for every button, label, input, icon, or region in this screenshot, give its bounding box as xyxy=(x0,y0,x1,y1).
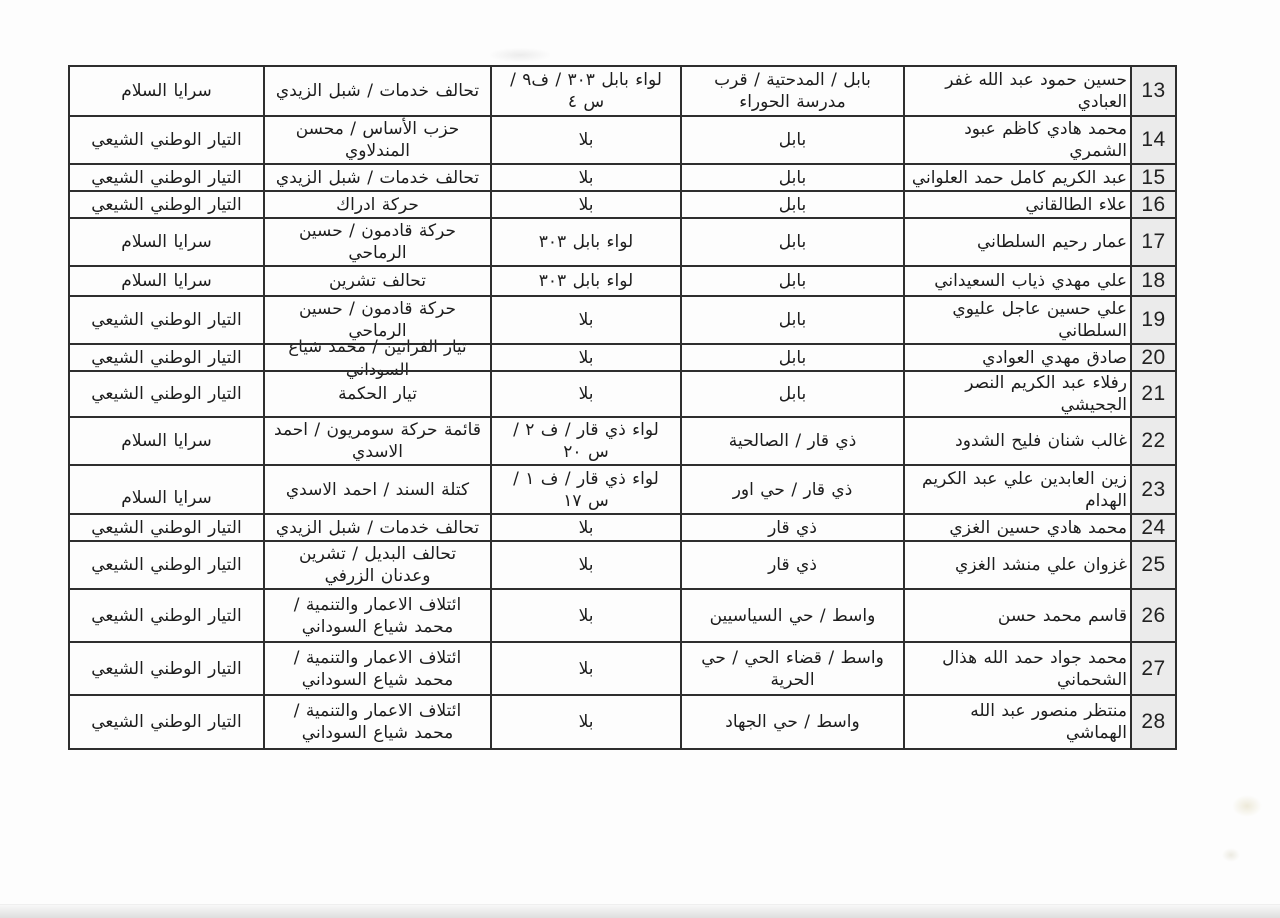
table-row: 28 منتظر منصور عبد الله الهماشي واسط / ح… xyxy=(69,695,1176,749)
cell-name: غالب شنان فليح الشدود xyxy=(904,417,1131,465)
cell-location: ذي قار xyxy=(681,514,904,541)
cell-current: التيار الوطني الشيعي xyxy=(69,164,264,191)
table-row: 20 صادق مهدي العوادي بابل بلا تيار الفرا… xyxy=(69,344,1176,371)
cell-unit: لواء ذي قار / ف ٢ / س ٢٠ xyxy=(491,417,681,465)
cell-unit: بلا xyxy=(491,514,681,541)
cell-row-number: 26 xyxy=(1131,589,1176,642)
cell-unit: لواء بابل ٣٠٣ xyxy=(491,266,681,296)
table-row: 21 رفلاء عبد الكريم النصر الجحيشي بابل ب… xyxy=(69,371,1176,417)
cell-name: علي مهدي ذياب السعيداني xyxy=(904,266,1131,296)
cell-unit: بلا xyxy=(491,116,681,164)
table-row: 15 عبد الكريم كامل حمد العلواني بابل بلا… xyxy=(69,164,1176,191)
cell-name: محمد هادي كاظم عبود الشمري xyxy=(904,116,1131,164)
cell-current: سرايا السلام xyxy=(69,266,264,296)
cell-unit: بلا xyxy=(491,695,681,749)
cell-unit: لواء بابل ٣٠٣ / ف٩ / س ٤ xyxy=(491,66,681,116)
cell-row-number: 13 xyxy=(1131,66,1176,116)
cell-row-number: 27 xyxy=(1131,642,1176,695)
cell-name: زين العابدين علي عبد الكريم الهدام xyxy=(904,465,1131,514)
table-row: 13 حسين حمود عبد الله غفر العبادي بابل /… xyxy=(69,66,1176,116)
cell-name: قاسم محمد حسن xyxy=(904,589,1131,642)
cell-name: عبد الكريم كامل حمد العلواني xyxy=(904,164,1131,191)
cell-unit: بلا xyxy=(491,344,681,371)
cell-row-number: 14 xyxy=(1131,116,1176,164)
cell-name: حسين حمود عبد الله غفر العبادي xyxy=(904,66,1131,116)
cell-coalition: تحالف خدمات / شبل الزيدي xyxy=(264,514,491,541)
table-row: 16 علاء الطالقاني بابل بلا حركة ادراك ال… xyxy=(69,191,1176,218)
cell-location: بابل xyxy=(681,191,904,218)
cell-row-number: 28 xyxy=(1131,695,1176,749)
cell-name: منتظر منصور عبد الله الهماشي xyxy=(904,695,1131,749)
cell-row-number: 24 xyxy=(1131,514,1176,541)
cell-name: عمار رحيم السلطاني xyxy=(904,218,1131,266)
cell-current: التيار الوطني الشيعي xyxy=(69,296,264,344)
table-row: 25 غزوان علي منشد الغزي ذي قار بلا تحالف… xyxy=(69,541,1176,589)
cell-row-number: 16 xyxy=(1131,191,1176,218)
cell-row-number: 18 xyxy=(1131,266,1176,296)
cell-coalition: تحالف خدمات / شبل الزيدي xyxy=(264,164,491,191)
cell-coalition: تحالف خدمات / شبل الزيدي xyxy=(264,66,491,116)
cell-location: بابل xyxy=(681,116,904,164)
cell-row-number: 25 xyxy=(1131,541,1176,589)
cell-location: بابل xyxy=(681,296,904,344)
table-row: 24 محمد هادي حسين الغزي ذي قار بلا تحالف… xyxy=(69,514,1176,541)
cell-current: التيار الوطني الشيعي xyxy=(69,541,264,589)
cell-coalition: كتلة السند / احمد الاسدي xyxy=(264,465,491,514)
table-row: 27 محمد جواد حمد الله هذال الشحماني واسط… xyxy=(69,642,1176,695)
table-row: 26 قاسم محمد حسن واسط / حي السياسيين بلا… xyxy=(69,589,1176,642)
cell-current: التيار الوطني الشيعي xyxy=(69,695,264,749)
cell-current: سرايا السلام xyxy=(69,417,264,465)
cell-location: بابل xyxy=(681,371,904,417)
cell-name: علي حسين عاجل عليوي السلطاني xyxy=(904,296,1131,344)
cell-location: بابل xyxy=(681,218,904,266)
cell-location: بابل xyxy=(681,344,904,371)
candidates-table-body: 13 حسين حمود عبد الله غفر العبادي بابل /… xyxy=(69,66,1176,749)
table-row: 22 غالب شنان فليح الشدود ذي قار / الصالح… xyxy=(69,417,1176,465)
cell-row-number: 15 xyxy=(1131,164,1176,191)
cell-coalition: تحالف تشرين xyxy=(264,266,491,296)
cell-coalition: ائتلاف الاعمار والتنمية / محمد شياع السو… xyxy=(264,642,491,695)
cell-location: ذي قار xyxy=(681,541,904,589)
cell-location: بابل xyxy=(681,164,904,191)
cell-coalition: تيار الفراتين / محمد شياع السوداني xyxy=(264,344,491,371)
scan-smudge xyxy=(1222,848,1240,862)
cell-location: بابل xyxy=(681,266,904,296)
cell-row-number: 22 xyxy=(1131,417,1176,465)
cell-coalition: ائتلاف الاعمار والتنمية / محمد شياع السو… xyxy=(264,695,491,749)
cell-location: واسط / قضاء الحي / حي الحرية xyxy=(681,642,904,695)
table-row: 14 محمد هادي كاظم عبود الشمري بابل بلا ح… xyxy=(69,116,1176,164)
page-bottom-edge xyxy=(0,904,1280,918)
cell-coalition-overflow-text: تيار الفراتين / محمد شياع السوداني xyxy=(265,335,490,381)
cell-current: سرايا السلام xyxy=(69,218,264,266)
cell-row-number: 23 xyxy=(1131,465,1176,514)
cell-current: التيار الوطني الشيعي xyxy=(69,191,264,218)
cell-coalition: ائتلاف الاعمار والتنمية / محمد شياع السو… xyxy=(264,589,491,642)
cell-location: ذي قار / حي اور xyxy=(681,465,904,514)
cell-unit: لواء ذي قار / ف ١ / س ١٧ xyxy=(491,465,681,514)
cell-coalition: قائمة حركة سومريون / احمد الاسدي xyxy=(264,417,491,465)
cell-coalition: حركة ادراك xyxy=(264,191,491,218)
cell-location: واسط / حي الجهاد xyxy=(681,695,904,749)
cell-location: واسط / حي السياسيين xyxy=(681,589,904,642)
cell-current: التيار الوطني الشيعي xyxy=(69,642,264,695)
table-row: 19 علي حسين عاجل عليوي السلطاني بابل بلا… xyxy=(69,296,1176,344)
table-row: 18 علي مهدي ذياب السعيداني بابل لواء باب… xyxy=(69,266,1176,296)
cell-current: التيار الوطني الشيعي xyxy=(69,344,264,371)
cell-row-number: 20 xyxy=(1131,344,1176,371)
cell-unit: بلا xyxy=(491,191,681,218)
table-row: 17 عمار رحيم السلطاني بابل لواء بابل ٣٠٣… xyxy=(69,218,1176,266)
cell-row-number: 21 xyxy=(1131,371,1176,417)
cell-unit: لواء بابل ٣٠٣ xyxy=(491,218,681,266)
cell-current: التيار الوطني الشيعي xyxy=(69,371,264,417)
cell-row-number: 17 xyxy=(1131,218,1176,266)
cell-unit: بلا xyxy=(491,296,681,344)
candidates-table: 13 حسين حمود عبد الله غفر العبادي بابل /… xyxy=(68,65,1177,750)
cell-unit: بلا xyxy=(491,589,681,642)
cell-current: التيار الوطني الشيعي xyxy=(69,589,264,642)
cell-unit: بلا xyxy=(491,164,681,191)
cell-name: محمد هادي حسين الغزي xyxy=(904,514,1131,541)
cell-coalition: تحالف البديل / تشرين وعدنان الزرفي xyxy=(264,541,491,589)
cell-coalition: حركة قادمون / حسين الرماحي xyxy=(264,218,491,266)
cell-name: صادق مهدي العوادي xyxy=(904,344,1131,371)
cell-coalition: حزب الأساس / محسن المندلاوي xyxy=(264,116,491,164)
cell-current: سرايا السلام xyxy=(69,66,264,116)
scan-smudge xyxy=(490,48,550,62)
cell-unit: بلا xyxy=(491,541,681,589)
cell-name: غزوان علي منشد الغزي xyxy=(904,541,1131,589)
cell-current: التيار الوطني الشيعي xyxy=(69,116,264,164)
cell-location: بابل / المدحتية / قرب مدرسة الحوراء xyxy=(681,66,904,116)
cell-current: التيار الوطني الشيعي xyxy=(69,514,264,541)
scan-smudge xyxy=(1232,795,1262,817)
cell-name: علاء الطالقاني xyxy=(904,191,1131,218)
cell-unit: بلا xyxy=(491,642,681,695)
cell-current: سرايا السلام xyxy=(69,465,264,514)
cell-unit: بلا xyxy=(491,371,681,417)
table-row: 23 زين العابدين علي عبد الكريم الهدام ذي… xyxy=(69,465,1176,514)
cell-row-number: 19 xyxy=(1131,296,1176,344)
cell-name: رفلاء عبد الكريم النصر الجحيشي xyxy=(904,371,1131,417)
scanned-document-page: 13 حسين حمود عبد الله غفر العبادي بابل /… xyxy=(0,0,1280,918)
cell-name: محمد جواد حمد الله هذال الشحماني xyxy=(904,642,1131,695)
cell-location: ذي قار / الصالحية xyxy=(681,417,904,465)
